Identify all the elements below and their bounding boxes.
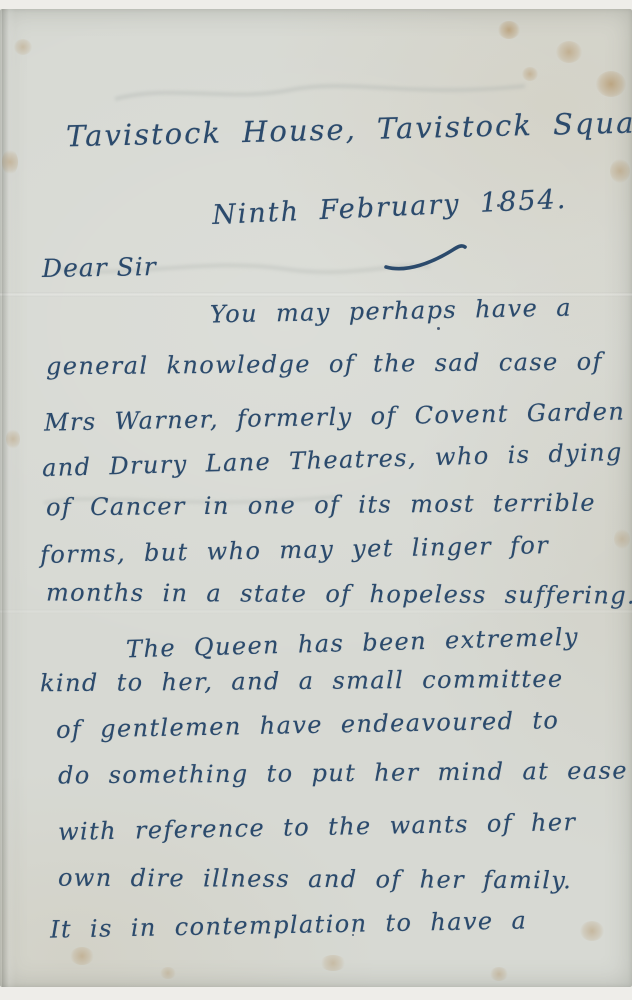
letter-line: own dire illness and of her family. [58, 864, 572, 895]
fold-crease-horizontal [0, 609, 632, 614]
ink-speck [437, 327, 440, 330]
foxing-spot [610, 159, 630, 183]
foxing-spot [596, 71, 626, 97]
letter-line: The Queen has been extremely [126, 623, 580, 664]
pen-flourish-dash [383, 240, 471, 274]
foxing-spot [498, 21, 520, 39]
letter-line: and Drury Lane Theatres, who is dying [42, 438, 623, 482]
letter-line: forms, but who may yet linger for [40, 531, 550, 569]
show-through-mark [110, 64, 530, 114]
letter-line: Mrs Warner, formerly of Covent Garden [44, 397, 626, 436]
letter-line: general knowledge of the sad case of [46, 348, 603, 381]
letter-line: with reference to the wants of her [58, 808, 577, 846]
foxing-spot [70, 947, 94, 965]
foxing-spot [490, 967, 508, 981]
letter-line: of Cancer in one of its most terrible [46, 489, 596, 522]
letter-line: of gentlemen have endeavoured to [56, 706, 560, 744]
letter-salutation: Dear Sir [42, 252, 157, 283]
foxing-spot [522, 67, 538, 81]
letter-page: Tavistock House, Tavistock Square Ninth … [0, 9, 632, 987]
letter-date: Ninth February 1854. [211, 184, 567, 231]
foxing-spot [6, 429, 20, 449]
foxing-spot [320, 955, 346, 971]
foxing-spot [580, 921, 604, 941]
foxing-spot [160, 967, 176, 979]
letter-line: kind to her, and a small committee [40, 665, 564, 698]
letter-line: You may perhaps have a [210, 294, 572, 329]
foxing-spot [2, 149, 18, 175]
foxing-spot [14, 39, 32, 55]
foxing-spot [614, 529, 630, 549]
foxing-spot [556, 41, 582, 63]
letter-line: do something to put her mind at ease [58, 757, 628, 790]
letter-line: months in a state of hopeless suffering. [46, 578, 632, 609]
letter-line: It is in contemplation to have a [50, 906, 528, 943]
